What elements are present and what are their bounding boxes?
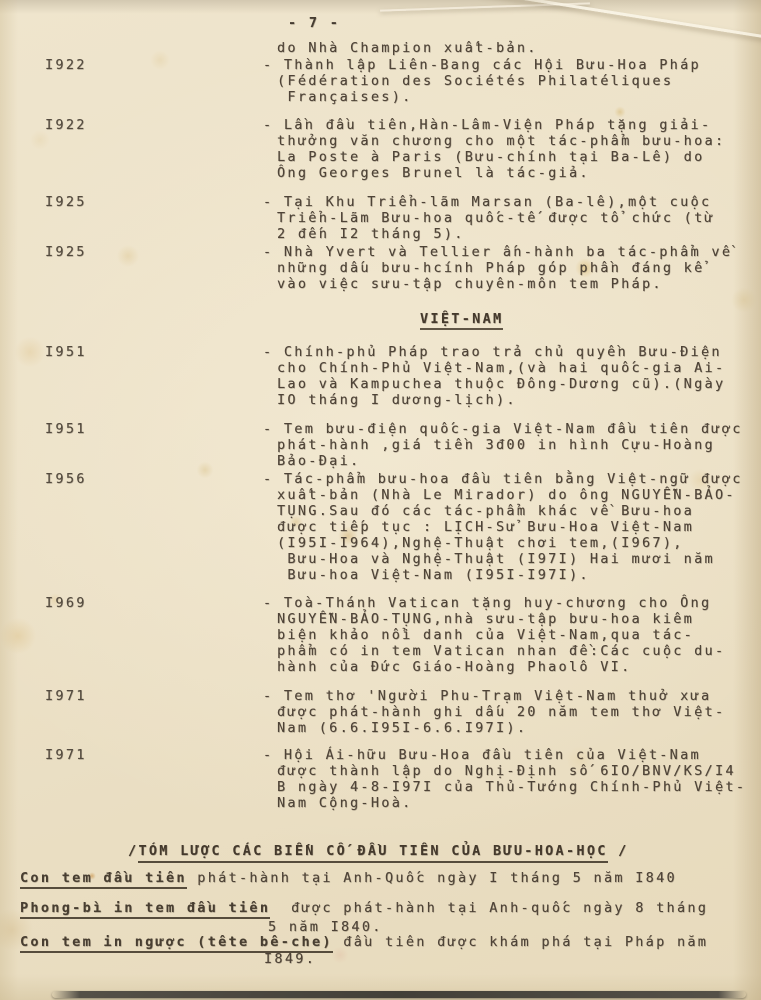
entry-year: I951 bbox=[45, 344, 87, 360]
section-heading-vietnam: VIỆT-NAM bbox=[420, 311, 503, 330]
timeline-entry: I956 - Tác-phẩm bưu-hoa đầu tiên bằng Vi… bbox=[263, 471, 755, 583]
timeline-entry: I951 - Tem bưu-điện quốc-gia Việt-Nam đầ… bbox=[263, 421, 755, 469]
scanned-document-page: { "page": { "number_label": "- 7 -" }, "… bbox=[0, 0, 761, 1000]
page-number: - 7 - bbox=[288, 15, 340, 31]
summary-heading: /TÓM LƯỢC CÁC BIẾN CỐ ĐẦU TIÊN CỦA BƯU-H… bbox=[128, 843, 629, 859]
summary-item-continuation: 5 năm I840. bbox=[268, 919, 383, 935]
document-content: - 7 - do Nhà Champion xuất-bản. I922 - T… bbox=[0, 0, 761, 1000]
entry-text: - Tại Khu Triển-lãm Marsan (Ba-lê),một c… bbox=[263, 194, 755, 242]
entry-text: - Chính-phủ Pháp trao trả chủ quyền Bưu-… bbox=[263, 344, 755, 408]
summary-item-rest: phát-hành tại Anh-Quốc ngày I tháng 5 nă… bbox=[187, 870, 677, 886]
entry-text: - Tác-phẩm bưu-hoa đầu tiên bằng Việt-ng… bbox=[263, 471, 755, 583]
entry-year: I969 bbox=[45, 595, 87, 611]
summary-heading-open-slash: / bbox=[128, 843, 138, 859]
summary-item: Con tem in ngược (tête bê-che) đầu tiên … bbox=[20, 934, 708, 950]
timeline-entry: I971 - Tem thơ 'Người Phu-Trạm Việt-Nam … bbox=[263, 688, 755, 736]
timeline-entry: I925 - Nhà Yvert và Tellier ấn-hành ba t… bbox=[263, 244, 755, 292]
timeline-entry: do Nhà Champion xuất-bản. bbox=[263, 40, 755, 56]
summary-item-lead: Con tem đầu tiên bbox=[20, 870, 187, 889]
timeline-entry: I922 - Lần đầu tiên,Hàn-Lâm-Viện Pháp tặ… bbox=[263, 117, 755, 181]
entry-text: - Lần đầu tiên,Hàn-Lâm-Viện Pháp tặng gi… bbox=[263, 117, 755, 181]
summary-item: Phong-bì in tem đầu tiên được phát-hành … bbox=[20, 900, 708, 916]
entry-text: - Hội Ái-hữu Bưu-Hoa đầu tiên của Việt-N… bbox=[263, 747, 755, 811]
entry-year: I922 bbox=[45, 117, 87, 133]
entry-year: I925 bbox=[45, 244, 87, 260]
summary-heading-text: TÓM LƯỢC CÁC BIẾN CỐ ĐẦU TIÊN CỦA BƯU-HO… bbox=[138, 843, 607, 863]
entry-year: I956 bbox=[45, 471, 87, 487]
summary-item-rest: được phát-hành tại Anh-quốc ngày 8 tháng bbox=[270, 900, 708, 916]
scan-edge-shadow bbox=[52, 991, 746, 998]
entry-text: - Nhà Yvert và Tellier ấn-hành ba tác-ph… bbox=[263, 244, 755, 292]
entry-text: do Nhà Champion xuất-bản. bbox=[263, 40, 755, 56]
entry-year: I971 bbox=[45, 688, 87, 704]
summary-item-rest: đầu tiên được khám phá tại Pháp năm bbox=[333, 934, 708, 950]
entry-text: - Toà-Thánh Vatican tặng huy-chương cho … bbox=[263, 595, 755, 675]
entry-year: I951 bbox=[45, 421, 87, 437]
summary-item-lead: Phong-bì in tem đầu tiên bbox=[20, 900, 270, 919]
timeline-entry: I925 - Tại Khu Triển-lãm Marsan (Ba-lê),… bbox=[263, 194, 755, 242]
summary-heading-close-slash: / bbox=[608, 843, 629, 859]
entry-year: I922 bbox=[45, 57, 87, 73]
timeline-entry: I969 - Toà-Thánh Vatican tặng huy-chương… bbox=[263, 595, 755, 675]
summary-item: Con tem đầu tiên phát-hành tại Anh-Quốc … bbox=[20, 870, 677, 886]
timeline-entry: I971 - Hội Ái-hữu Bưu-Hoa đầu tiên của V… bbox=[263, 747, 755, 811]
entry-year: I971 bbox=[45, 747, 87, 763]
timeline-entry: I922 - Thành lập Liên-Bang các Hội Bưu-H… bbox=[263, 57, 755, 105]
timeline-entry: I951 - Chính-phủ Pháp trao trả chủ quyền… bbox=[263, 344, 755, 408]
entry-text: - Thành lập Liên-Bang các Hội Bưu-Hoa Ph… bbox=[263, 57, 755, 105]
entry-year: I925 bbox=[45, 194, 87, 210]
entry-text: - Tem thơ 'Người Phu-Trạm Việt-Nam thuở … bbox=[263, 688, 755, 736]
entry-text: - Tem bưu-điện quốc-gia Việt-Nam đầu tiê… bbox=[263, 421, 755, 469]
summary-item-continuation: I849. bbox=[264, 951, 316, 967]
